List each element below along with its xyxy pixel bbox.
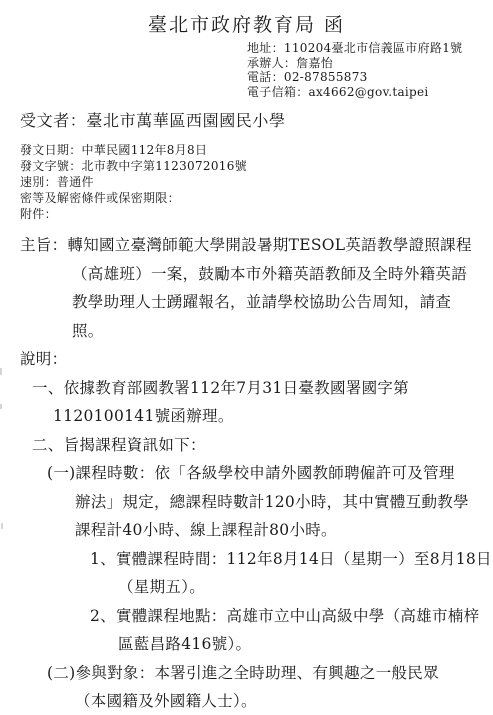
explanation-item-2-1-1-line-2: （星期五）。 xyxy=(118,573,485,602)
doc-number-line: 發文字號：北市教中字第1123072016號 xyxy=(20,159,247,175)
issue-date-line: 發文日期：中華民國112年8月8日 xyxy=(20,143,247,159)
subject-line-2: （高雄班）一案，鼓勵本市外籍英語教師及全時外籍英語 xyxy=(72,260,485,289)
explanation-item-2-1-2-line-2: 區藍昌路416號）。 xyxy=(118,630,485,659)
explanation-item-2-1-1-line-1: 1、實體課程時間：112年8月14日（星期一）至8月18日 xyxy=(90,545,485,574)
subject-line-1: 主旨：轉知國立臺灣師範大學開設暑期TESOL英語教學證照課程 xyxy=(20,231,485,260)
explanation-item-2-1-2-line-1: 2、實體課程地點：高雄市立中山高級中學（高雄市楠梓 xyxy=(90,602,485,631)
explanation-item-2-1-line-2: 辦法」規定，總課程時數計120小時，其中實體互動教學 xyxy=(75,488,485,517)
explanation-heading: 說明： xyxy=(20,345,485,374)
explanation-item-2-1-line-3: 課程計40小時、線上課程計80小時。 xyxy=(75,516,485,545)
explanation-item-1-line-1: 一、依據教育部國教署112年7月31日臺教國署國字第 xyxy=(32,374,485,403)
letter-body: 主旨：轉知國立臺灣師範大學開設暑期TESOL英語教學證照課程 （高雄班）一案，鼓… xyxy=(20,231,485,715)
sender-info-block: 地址：110204臺北市信義區市府路1號 承辦人：詹嘉怡 電話：02-87855… xyxy=(247,41,462,99)
explanation-item-2-1-line-1: (一)課程時數：依「各級學校申請外國教師聘僱許可及管理 xyxy=(47,459,485,488)
sender-address: 地址：110204臺北市信義區市府路1號 xyxy=(247,41,462,56)
attachment-line: 附件： xyxy=(20,207,247,223)
explanation-item-2-2-line-2: （本國籍及外國籍人士）。 xyxy=(75,687,485,715)
sender-contact-person: 承辦人：詹嘉怡 xyxy=(247,56,462,71)
scan-artifact-mark xyxy=(0,404,2,409)
security-line: 密等及解密條件或保密期限： xyxy=(20,191,247,207)
document-title: 臺北市政府教育局 函 xyxy=(0,10,493,37)
explanation-item-2-2-line-1: (二)參與對象：本署引進之全時助理、有興趣之一般民眾 xyxy=(47,659,485,688)
recipient-line: 受文者：臺北市萬華區西園國民小學 xyxy=(20,108,286,131)
explanation-item-1-line-2: 1120100141號函辦理。 xyxy=(53,402,485,431)
scan-artifact-mark xyxy=(0,368,2,375)
subject-line-4: 照。 xyxy=(72,317,485,346)
sender-email: 電子信箱：ax4662@gov.taipei xyxy=(247,85,462,100)
scan-artifact-mark xyxy=(1,523,3,529)
official-letter-page: 臺北市政府教育局 函 地址：110204臺北市信義區市府路1號 承辦人：詹嘉怡 … xyxy=(0,0,493,715)
document-meta-block: 發文日期：中華民國112年8月8日 發文字號：北市教中字第1123072016號… xyxy=(20,143,247,223)
explanation-item-2: 二、旨揭課程資訊如下： xyxy=(32,431,485,460)
subject-line-3: 教學助理人士踴躍報名，並請學校協助公告周知，請查 xyxy=(72,288,485,317)
priority-line: 速別：普通件 xyxy=(20,175,247,191)
sender-phone: 電話：02-87855873 xyxy=(247,70,462,85)
